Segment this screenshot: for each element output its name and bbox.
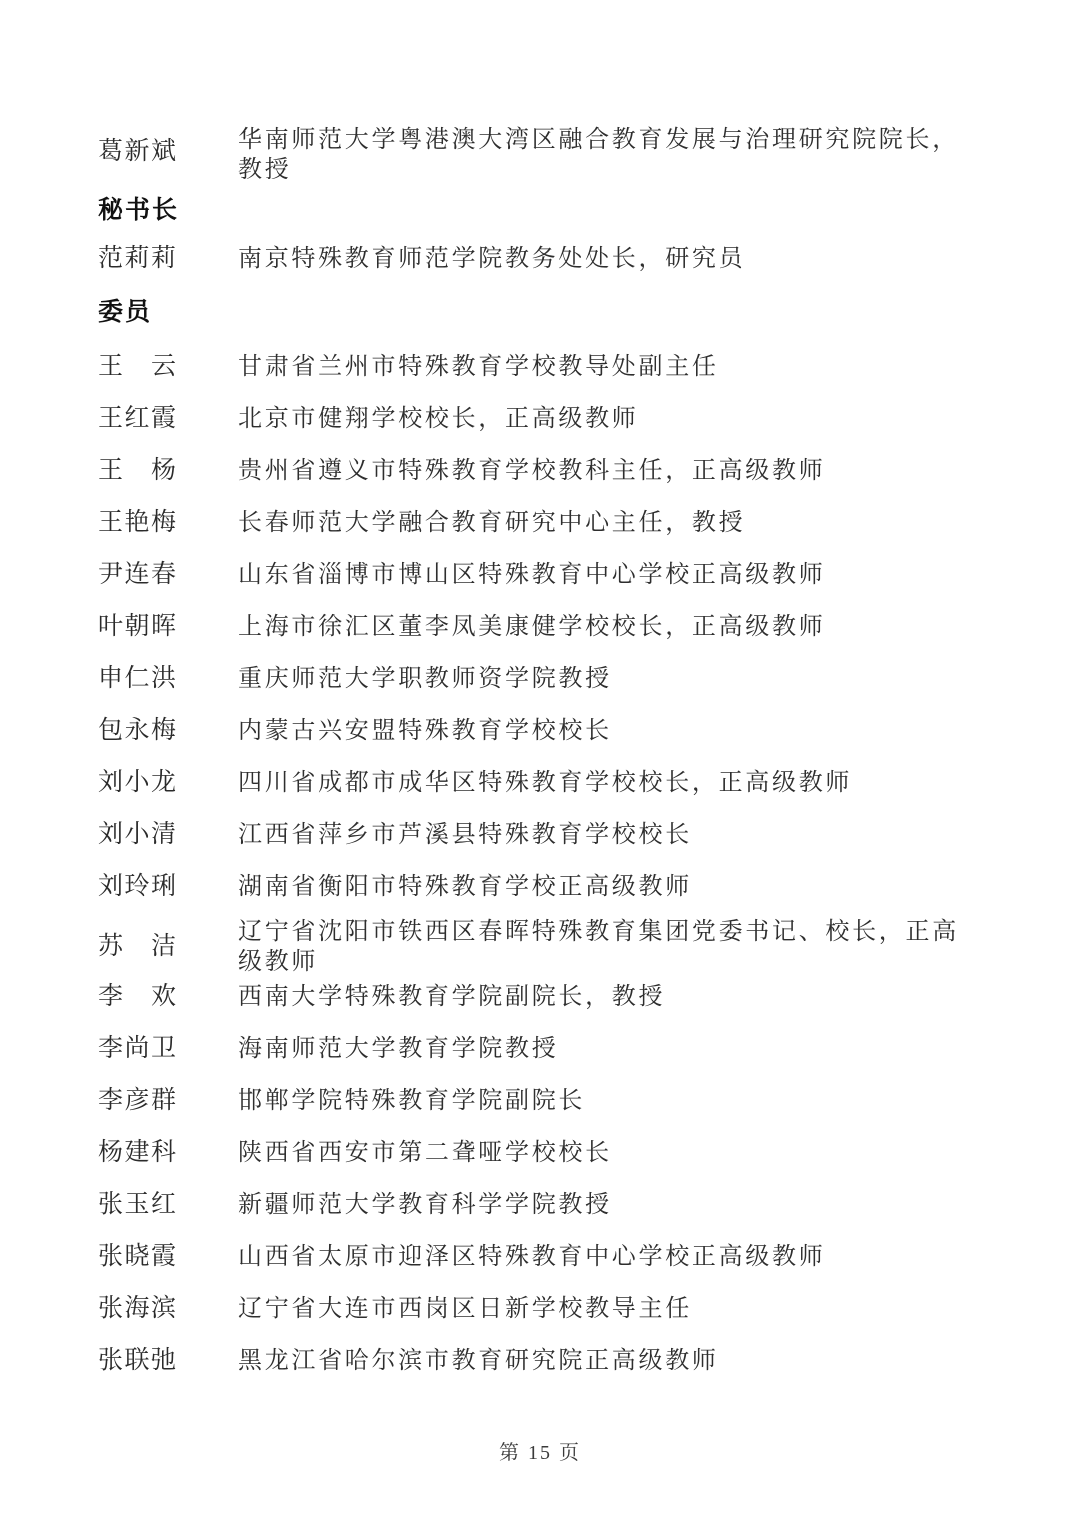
page-number: 第 15 页 xyxy=(98,1438,982,1468)
member-name: 刘玲琍 xyxy=(98,872,180,902)
document-page: 葛新斌 华南师范大学粤港澳大湾区融合教育发展与治理研究院院长，教授 秘书长 范莉… xyxy=(0,0,1080,1527)
member-row: 叶朝晖 上海市徐汇区董李凤美康健学校校长，正高级教师 xyxy=(98,612,982,642)
member-name: 范莉莉 xyxy=(98,244,180,274)
member-description: 黑龙江省哈尔滨市教育研究院正高级教师 xyxy=(238,1346,982,1376)
member-name: 张联弛 xyxy=(98,1346,180,1376)
member-row: 杨建科 陕西省西安市第二聋哑学校校长 xyxy=(98,1138,982,1168)
member-row: 刘小龙 四川省成都市成华区特殊教育学校校长，正高级教师 xyxy=(98,768,982,798)
member-description: 山西省太原市迎泽区特殊教育中心学校正高级教师 xyxy=(238,1242,982,1272)
member-description: 辽宁省沈阳市铁西区春晖特殊教育集团党委书记、校长，正高级教师 xyxy=(238,917,982,977)
member-name: 包永梅 xyxy=(98,716,180,746)
member-description: 辽宁省大连市西岗区日新学校教导主任 xyxy=(238,1294,982,1324)
committee-member-list: 葛新斌 华南师范大学粤港澳大湾区融合教育发展与治理研究院院长，教授 秘书长 范莉… xyxy=(98,125,982,1376)
member-row: 李彦群 邯郸学院特殊教育学院副院长 xyxy=(98,1086,982,1116)
member-row: 刘玲琍 湖南省衡阳市特殊教育学校正高级教师 xyxy=(98,872,982,902)
member-row: 王红霞 北京市健翔学校校长，正高级教师 xyxy=(98,404,982,434)
member-name: 李彦群 xyxy=(98,1086,180,1116)
member-name: 刘小清 xyxy=(98,820,180,850)
member-description: 西南大学特殊教育学院副院长，教授 xyxy=(238,982,982,1012)
member-row: 尹连春 山东省淄博市博山区特殊教育中心学校正高级教师 xyxy=(98,560,982,590)
member-description: 邯郸学院特殊教育学院副院长 xyxy=(238,1086,982,1116)
member-row: 张晓霞 山西省太原市迎泽区特殊教育中心学校正高级教师 xyxy=(98,1242,982,1272)
member-description: 上海市徐汇区董李凤美康健学校校长，正高级教师 xyxy=(238,612,982,642)
member-description: 海南师范大学教育学院教授 xyxy=(238,1034,982,1064)
member-description: 山东省淄博市博山区特殊教育中心学校正高级教师 xyxy=(238,560,982,590)
member-description: 内蒙古兴安盟特殊教育学校校长 xyxy=(238,716,982,746)
member-row: 申仁洪 重庆师范大学职教师资学院教授 xyxy=(98,664,982,694)
member-name: 王红霞 xyxy=(98,404,180,434)
member-name: 叶朝晖 xyxy=(98,612,180,642)
member-name: 葛新斌 xyxy=(98,137,180,167)
member-row: 王 云 甘肃省兰州市特殊教育学校教导处副主任 xyxy=(98,352,982,382)
member-description: 华南师范大学粤港澳大湾区融合教育发展与治理研究院院长，教授 xyxy=(238,125,982,179)
member-name: 杨建科 xyxy=(98,1138,180,1168)
section-heading: 委员 xyxy=(98,297,982,327)
member-row: 包永梅 内蒙古兴安盟特殊教育学校校长 xyxy=(98,716,982,746)
member-name: 张晓霞 xyxy=(98,1242,180,1272)
member-description: 甘肃省兰州市特殊教育学校教导处副主任 xyxy=(238,352,982,382)
member-description: 北京市健翔学校校长，正高级教师 xyxy=(238,404,982,434)
member-name: 张海滨 xyxy=(98,1294,180,1324)
member-description: 陕西省西安市第二聋哑学校校长 xyxy=(238,1138,982,1168)
member-description: 长春师范大学融合教育研究中心主任，教授 xyxy=(238,508,982,538)
member-row: 张玉红 新疆师范大学教育科学学院教授 xyxy=(98,1190,982,1220)
member-name: 尹连春 xyxy=(98,560,180,590)
member-description: 贵州省遵义市特殊教育学校教科主任，正高级教师 xyxy=(238,456,982,486)
member-description: 四川省成都市成华区特殊教育学校校长，正高级教师 xyxy=(238,768,982,798)
member-row: 李尚卫 海南师范大学教育学院教授 xyxy=(98,1034,982,1064)
member-row: 苏 洁 辽宁省沈阳市铁西区春晖特殊教育集团党委书记、校长，正高级教师 xyxy=(98,917,982,977)
member-name: 王 云 xyxy=(98,352,180,382)
member-description: 重庆师范大学职教师资学院教授 xyxy=(238,664,982,694)
member-name: 王 杨 xyxy=(98,456,180,486)
member-name: 李尚卫 xyxy=(98,1034,180,1064)
member-row: 王艳梅 长春师范大学融合教育研究中心主任，教授 xyxy=(98,508,982,538)
member-row: 刘小清 江西省萍乡市芦溪县特殊教育学校校长 xyxy=(98,820,982,850)
member-description: 南京特殊教育师范学院教务处处长，研究员 xyxy=(238,244,982,274)
member-name: 王艳梅 xyxy=(98,508,180,538)
section-heading: 秘书长 xyxy=(98,195,982,225)
member-row: 李 欢 西南大学特殊教育学院副院长，教授 xyxy=(98,982,982,1012)
member-row: 张联弛 黑龙江省哈尔滨市教育研究院正高级教师 xyxy=(98,1346,982,1376)
member-name: 申仁洪 xyxy=(98,664,180,694)
member-description: 江西省萍乡市芦溪县特殊教育学校校长 xyxy=(238,820,982,850)
member-row: 张海滨 辽宁省大连市西岗区日新学校教导主任 xyxy=(98,1294,982,1324)
member-description: 新疆师范大学教育科学学院教授 xyxy=(238,1190,982,1220)
member-row: 范莉莉 南京特殊教育师范学院教务处处长，研究员 xyxy=(98,244,982,274)
member-name: 苏 洁 xyxy=(98,932,180,962)
member-row: 葛新斌 华南师范大学粤港澳大湾区融合教育发展与治理研究院院长，教授 xyxy=(98,125,982,179)
member-name: 李 欢 xyxy=(98,982,180,1012)
member-name: 刘小龙 xyxy=(98,768,180,798)
member-row: 王 杨 贵州省遵义市特殊教育学校教科主任，正高级教师 xyxy=(98,456,982,486)
member-description: 湖南省衡阳市特殊教育学校正高级教师 xyxy=(238,872,982,902)
member-name: 张玉红 xyxy=(98,1190,180,1220)
